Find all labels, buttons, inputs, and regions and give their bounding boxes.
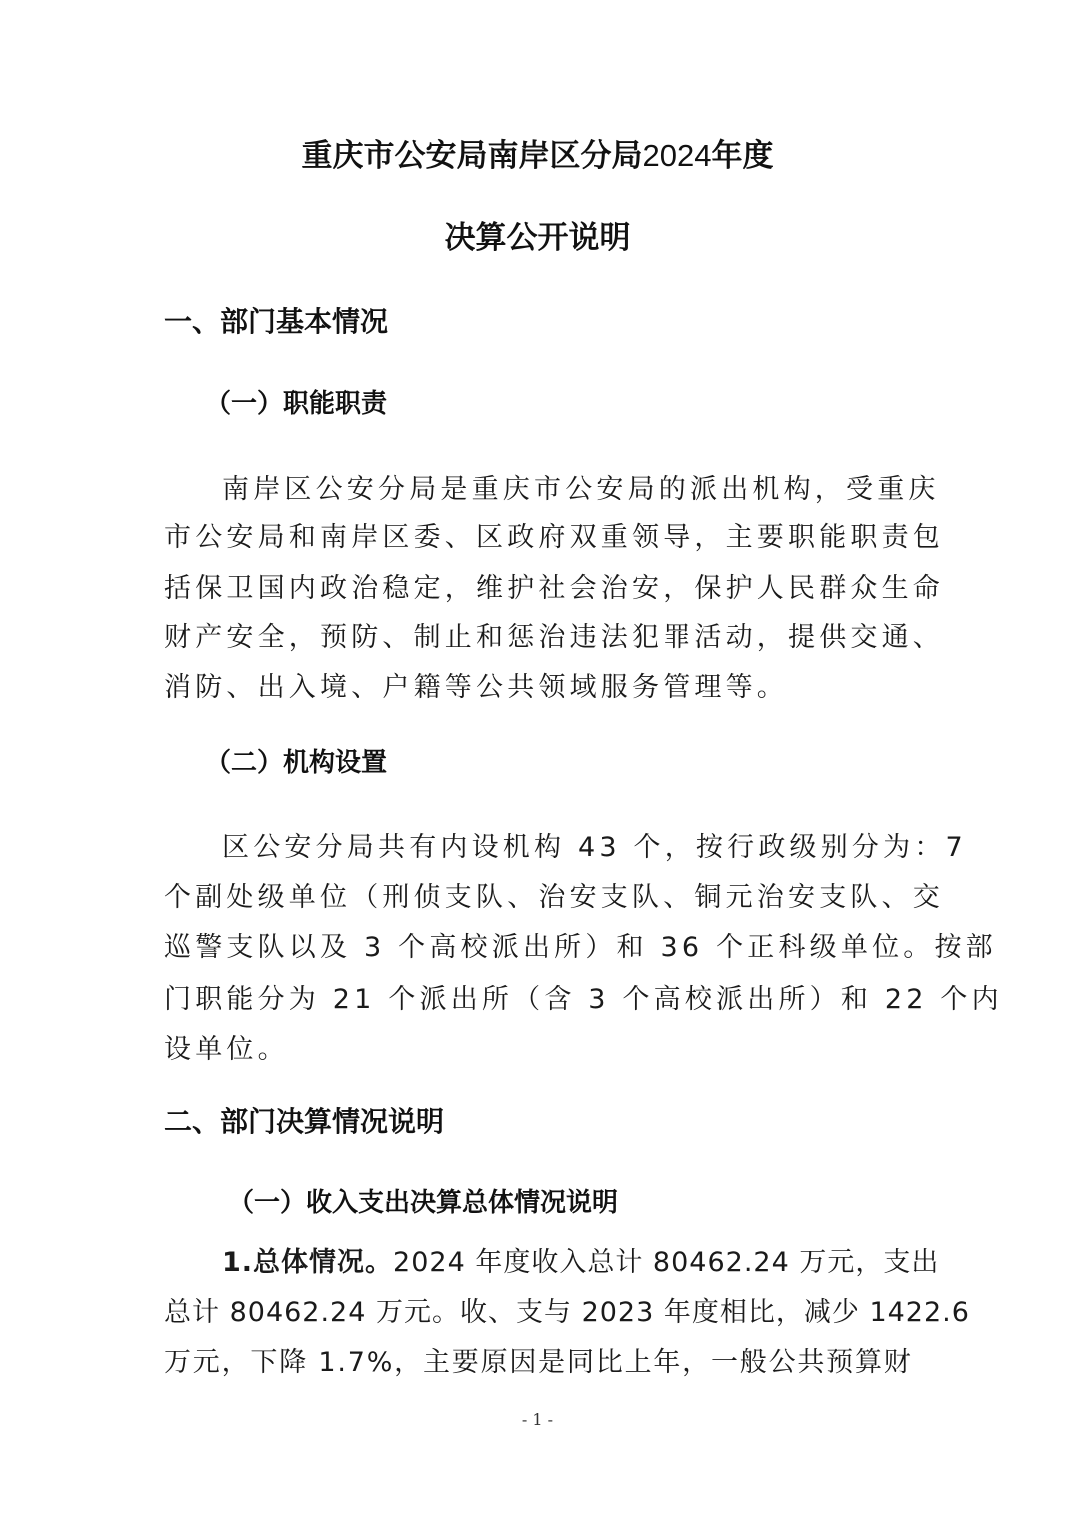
page-number: - 1 - [0, 1410, 1075, 1429]
paragraph-line: 个副处级单位（刑侦支队、治安支队、铜元治安支队、交 [164, 880, 904, 916]
section-heading-final-accounts: 二、部门决算情况说明 [164, 1104, 444, 1140]
paragraph-line: 1.总体情况。2024 年度收入总计 80462.24 万元，支出 [222, 1245, 962, 1281]
subsection-heading-duties: （一）职能职责 [205, 386, 387, 422]
paragraph-line: 南岸区公安分局是重庆市公安局的派出机构，受重庆 [222, 472, 962, 508]
paragraph-line: 市公安局和南岸区委、区政府双重领导，主要职能职责包 [164, 520, 904, 556]
lead-bold-label: 1.总体情况。 [222, 1247, 393, 1278]
title-year: 2024 [643, 138, 712, 173]
paragraph-line: 万元，下降 1.7%，主要原因是同比上年，一般公共预算财 [164, 1345, 904, 1381]
paragraph-line: 总计 80462.24 万元。收、支与 2023 年度相比，减少 1422.6 [164, 1295, 904, 1331]
paragraph-line: 区公安分局共有内设机构 43 个，按行政级别分为：7 [222, 830, 962, 866]
title-suffix: 年度 [711, 138, 773, 174]
document-page: 重庆市公安局南岸区分局2024年度 决算公开说明 一、部门基本情况 （一）职能职… [0, 0, 1075, 1520]
document-title-line-1: 重庆市公安局南岸区分局2024年度 [0, 136, 1075, 176]
document-title-line-2: 决算公开说明 [0, 218, 1075, 258]
subsection-heading-income-expenditure: （一）收入支出决算总体情况说明 [228, 1185, 618, 1221]
paragraph-line: 括保卫国内政治稳定，维护社会治安，保护人民群众生命 [164, 571, 904, 607]
lead-text: 2024 年度收入总计 80462.24 万元，支出 [393, 1247, 939, 1278]
paragraph-line: 巡警支队以及 3 个高校派出所）和 36 个正科级单位。按部 [164, 930, 904, 966]
paragraph-line: 财产安全，预防、制止和惩治违法犯罪活动，提供交通、 [164, 620, 904, 656]
paragraph-line: 门职能分为 21 个派出所（含 3 个高校派出所）和 22 个内 [164, 982, 904, 1018]
section-heading-basic-info: 一、部门基本情况 [164, 304, 388, 340]
paragraph-line: 消防、出入境、户籍等公共领域服务管理等。 [164, 670, 904, 706]
paragraph-line: 设单位。 [164, 1032, 904, 1068]
title-prefix: 重庆市公安局南岸区分局 [302, 138, 643, 174]
subsection-heading-organization: （二）机构设置 [205, 745, 387, 781]
